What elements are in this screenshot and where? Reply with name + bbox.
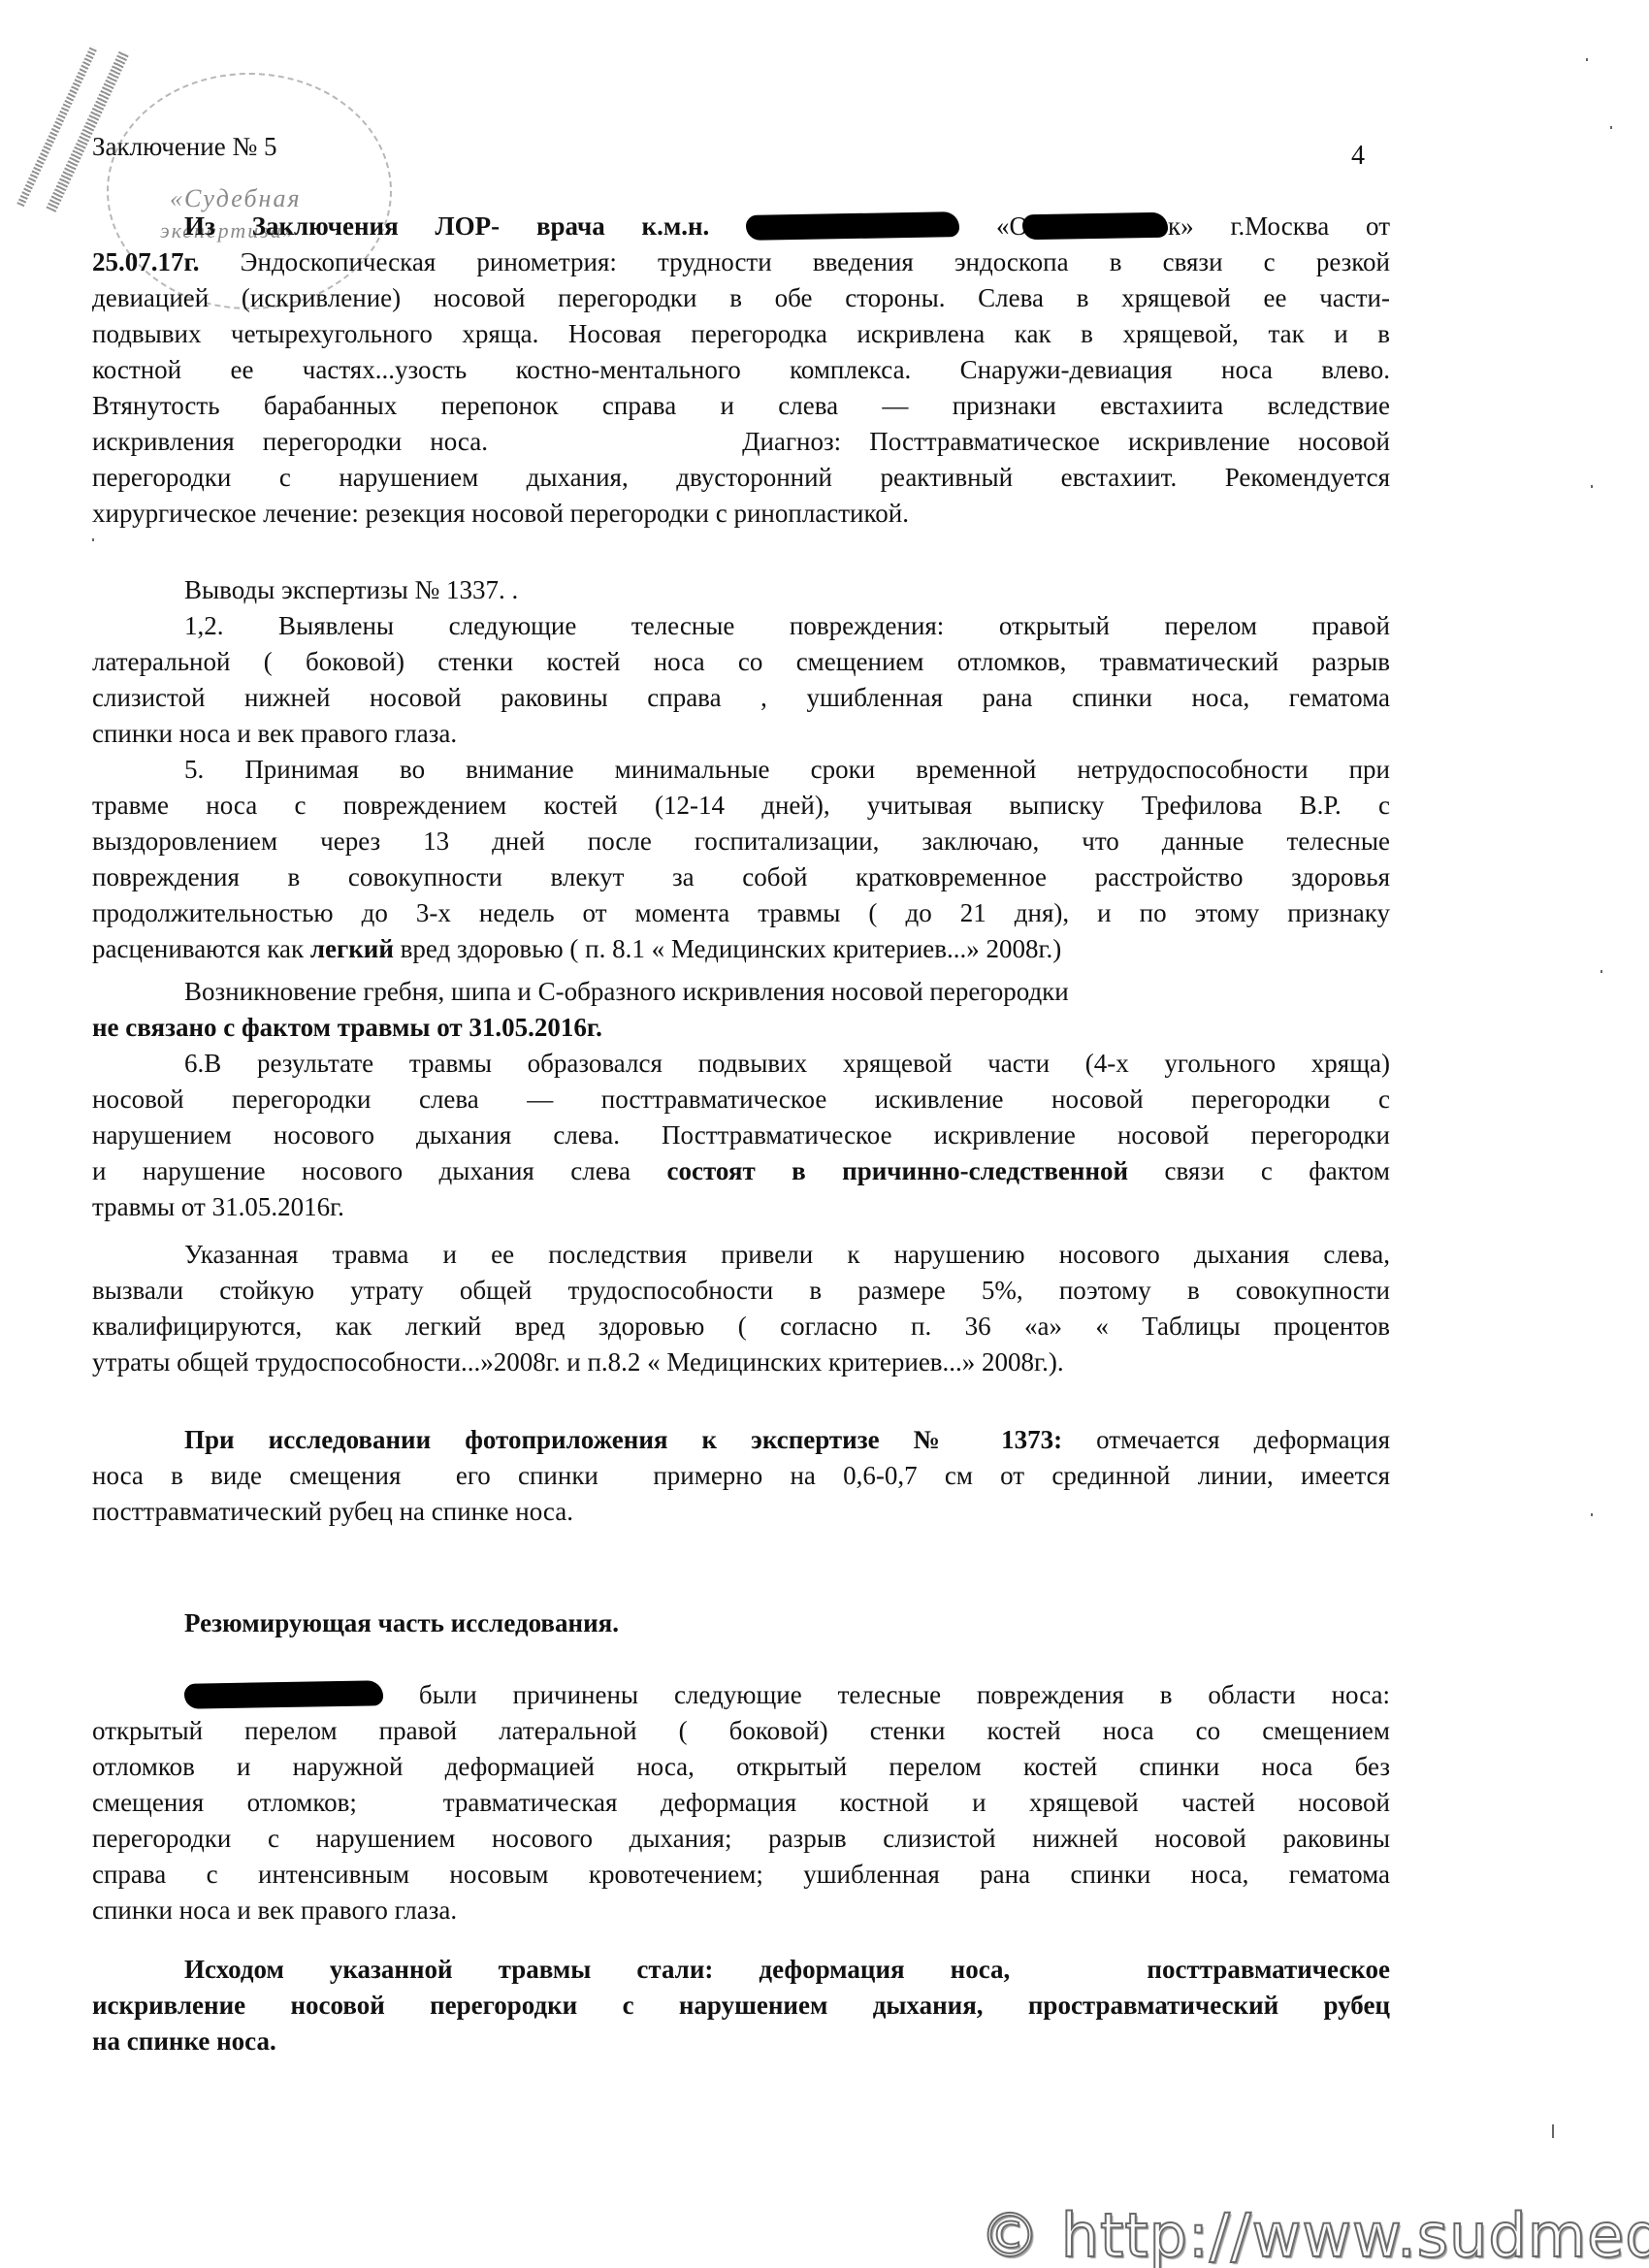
p5-line-4: повреждения в совокупности влекут за соб… <box>92 859 1390 895</box>
p6-line4-post: связи с фактом <box>1128 1156 1390 1185</box>
document-header-title: Заключение № 5 <box>92 129 276 165</box>
lor-date-bold: 25.07.17г. <box>92 247 199 276</box>
p5-line-6: расцениваются как легкий вред здоровью (… <box>92 931 1390 967</box>
summary-line-7: спинки носа и век правого глаза. <box>92 1893 1390 1928</box>
scan-speck <box>1591 485 1593 488</box>
scan-speck <box>1600 970 1602 973</box>
lor-line-2-text: Эндоскопическая ринометрия: трудности вв… <box>199 247 1390 276</box>
p5-last-bold: легкий <box>310 934 394 963</box>
photo-line-3: посттравматический рубец на спинке носа. <box>92 1494 1390 1530</box>
lor-line-7: искривления перегородки носа. Диагноз: П… <box>92 424 1390 460</box>
specified-line-2: вызвали стойкую утрату общей трудоспособ… <box>92 1273 1390 1309</box>
summary-line-3: отломков и наружной деформацией носа, от… <box>92 1749 1390 1785</box>
p6-line-1: 6.В результате травмы образовался подвыв… <box>184 1046 1390 1082</box>
summary-line1-rest: были причинены следующие телесные повреж… <box>383 1680 1390 1709</box>
summary-line-1: были причинены следующие телесные повреж… <box>184 1677 1390 1713</box>
p12-line-2: латеральной ( боковой) стенки костей нос… <box>92 644 1390 680</box>
outcome-line-1: Исходом указанной травмы стали: деформац… <box>184 1952 1390 1988</box>
lor-line-1: Из Заключения ЛОР- врача к.м.н. «Ок» г.М… <box>184 209 1390 244</box>
summary-line-2: открытый перелом правой латеральной ( бо… <box>92 1713 1390 1749</box>
photo-bold: При исследовании фотоприложения к экспер… <box>184 1425 1062 1454</box>
photo-line-1: При исследовании фотоприложения к экспер… <box>184 1422 1390 1458</box>
redaction-victim-name <box>184 1680 383 1709</box>
lor-line-9: хирургическое лечение: резекция носовой … <box>92 496 1390 532</box>
ridge-line: Возникновение гребня, шипа и С-образного… <box>184 974 1329 1010</box>
copyright-watermark: © http://www.sudmed.ru <box>980 2200 1649 2268</box>
redaction-doctor-name <box>746 211 959 241</box>
p6-line-3: нарушением носового дыхания слева. Постт… <box>92 1118 1390 1153</box>
redaction-clinic-name <box>1022 212 1168 241</box>
page-number: 4 <box>1351 138 1365 174</box>
p12-line-3: слизистой нижней носовой раковины справа… <box>92 680 1390 716</box>
scan-speck <box>1586 58 1588 61</box>
outcome-line-2: искривление носовой перегородки с наруше… <box>92 1988 1390 2024</box>
p5-last-post: вред здоровью ( п. 8.1 « Медицинских кри… <box>394 934 1061 963</box>
photo-line-2: носа в виде смещения его спинки примерно… <box>92 1458 1390 1494</box>
scan-speck <box>1552 2124 1554 2138</box>
p5-line-3: выздоровлением через 13 дней после госпи… <box>92 824 1390 859</box>
p6-line4-bold: состоят в причинно-следственной <box>667 1156 1129 1185</box>
p6-line-5: травмы от 31.05.2016г. <box>92 1189 1390 1225</box>
scanned-document-page: «Судебная экспертиза» Заключение № 5 4 И… <box>0 0 1649 2268</box>
lor-line-3: девиацией (искривление) носовой перегоро… <box>92 280 1390 316</box>
photo-line1-rest: отмечается деформация <box>1062 1425 1390 1454</box>
summary-title: Резюмирующая часть исследования. <box>184 1605 1390 1641</box>
lor-city-date: г.Москва от <box>1194 211 1390 241</box>
summary-line-5: перегородки с нарушением носового дыхани… <box>92 1821 1390 1857</box>
lor-heading-bold: Из Заключения ЛОР- врача к.м.н. <box>184 211 709 241</box>
ridge-bold-line: не связано с фактом травмы от 31.05.2016… <box>92 1010 1390 1046</box>
p6-line-4: и нарушение носового дыхания слева состо… <box>92 1153 1390 1189</box>
conclusions-title: Выводы экспертизы № 1337. . <box>184 572 1390 608</box>
lor-quote-close: к» <box>1168 211 1194 241</box>
lor-line-6: Втянутость барабанных перепонок справа и… <box>92 388 1390 424</box>
p5-line-1: 5. Принимая во внимание минимальные срок… <box>184 752 1390 788</box>
summary-line-6: справа с интенсивным носовым кровотечени… <box>92 1857 1390 1893</box>
outcome-line-3: на спинке носа. <box>92 2024 1390 2059</box>
summary-line-4: смещения отломков; травматическая деформ… <box>92 1785 1390 1821</box>
p5-line-5: продолжительностью до 3-х недель от моме… <box>92 895 1390 931</box>
lor-line-4: подвывих четырехугольного хряща. Носовая… <box>92 316 1390 352</box>
p5-last-pre: расцениваются как <box>92 934 310 963</box>
lor-line-2: 25.07.17г. Эндоскопическая ринометрия: т… <box>92 244 1390 280</box>
scan-speck <box>1591 1513 1593 1516</box>
p12-line-1: 1,2. Выявлены следующие телесные поврежд… <box>184 608 1390 644</box>
lor-line-8: перегородки с нарушением дыхания, двусто… <box>92 460 1390 496</box>
specified-line-3: квалифицируются, как легкий вред здоровь… <box>92 1309 1390 1345</box>
specified-line-1: Указанная травма и ее последствия привел… <box>184 1237 1390 1273</box>
p6-line4-pre: и нарушение носового дыхания слева <box>92 1156 667 1185</box>
scan-speck <box>92 538 94 541</box>
scan-speck <box>1610 126 1612 129</box>
lor-line-5: костной ее частях...узость костно-ментал… <box>92 352 1390 388</box>
specified-line-4: утраты общей трудоспособности...»2008г. … <box>92 1345 1390 1380</box>
p12-line-4: спинки носа и век правого глаза. <box>92 716 1390 752</box>
p5-line-2: травме носа с повреждением костей (12-14… <box>92 788 1390 824</box>
p6-line-2: носовой перегородки слева — посттравмати… <box>92 1082 1390 1118</box>
